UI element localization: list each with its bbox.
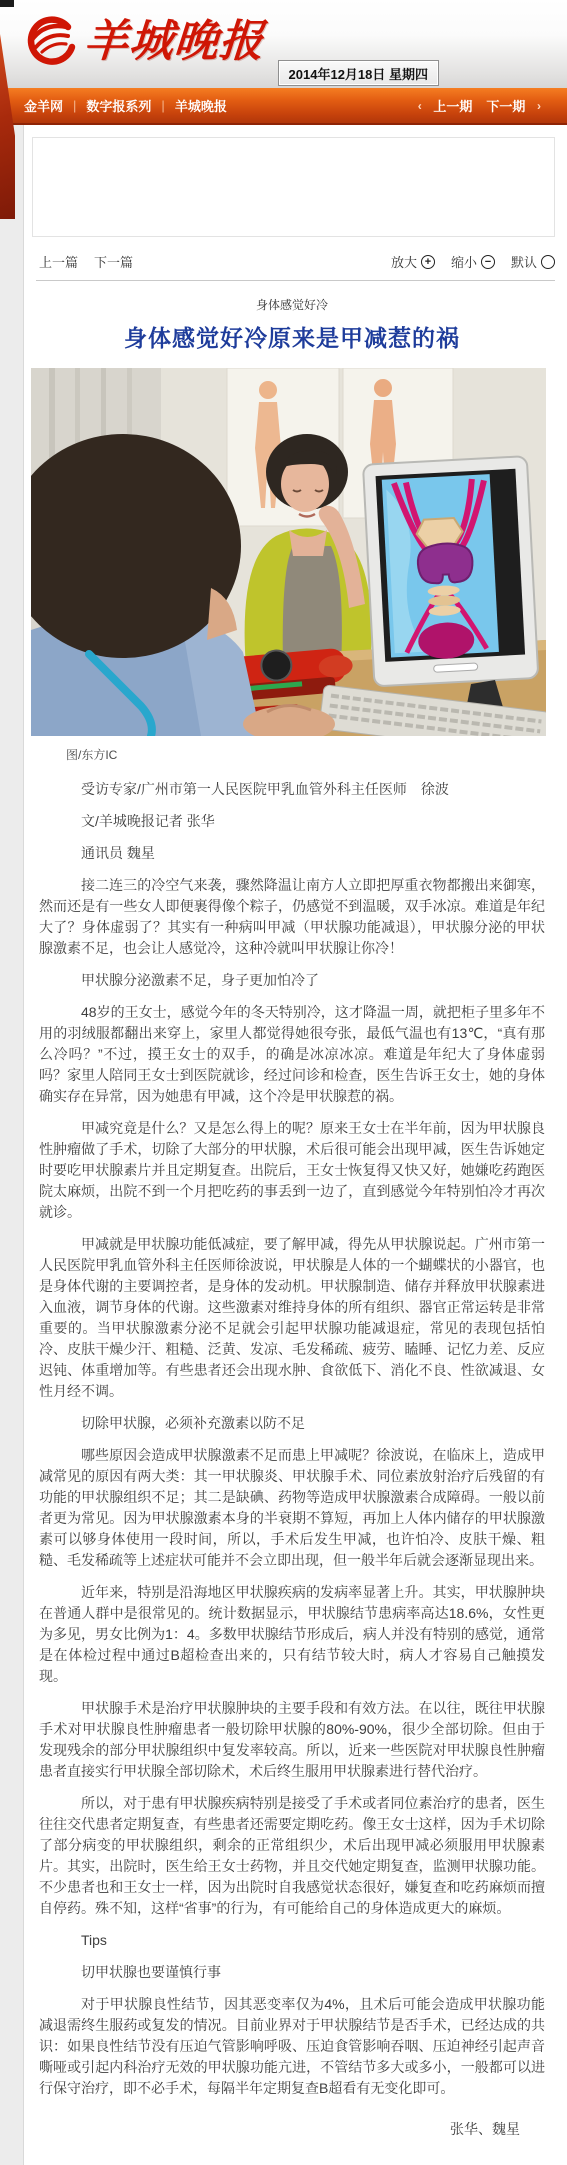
article-paragraph: 甲减就是甲状腺功能低减症，要了解甲减，得先从甲状腺说起。广州市第一人民医院甲乳血… — [39, 1234, 545, 1402]
ad-placeholder — [32, 137, 555, 237]
logo-text: 羊城晚报 — [82, 14, 266, 70]
article-paragraph: 甲状腺手术是治疗甲状腺肿块的主要手段和有效方法。在以往，既往甲状腺手术对甲状腺良… — [39, 1698, 545, 1782]
article-paragraph: 接二连三的冷空气来袭，骤然降温让南方人立即把厚重衣物都搬出来御寒，然而还是有一些… — [39, 875, 545, 959]
article-pager: 上一篇 下一篇 — [39, 252, 133, 271]
article-meta-author: 文/羊城晚报记者 张华 — [39, 811, 545, 832]
nav-link-yangcheng-evening-news[interactable]: 羊城晚报 — [175, 96, 227, 115]
masthead: 羊城晚报 2014年12月18日 星期四 — [0, 0, 567, 88]
article-paragraph: 甲减究竟是什么？又是怎么得上的呢？原来王女士在半年前，因为甲状腺良性肿瘤做了手术… — [39, 1118, 545, 1223]
article-paragraph: 对于甲状腺良性结节，因其恶变率仅为4%，且术后可能会造成甲状腺功能减退需终生服药… — [39, 1994, 545, 2099]
article-kicker: 身体感觉好冷 — [39, 296, 545, 313]
issue-date: 2014年12月18日 星期四 — [278, 60, 439, 86]
left-arrow-icon: ‹ — [418, 99, 422, 113]
zoom-out-icon: − — [481, 255, 495, 269]
issue-pager: ‹ 上一期 下一期 › — [418, 96, 541, 115]
newspaper-logo[interactable]: 羊城晚报 — [22, 14, 264, 70]
article-meta-correspondent: 通讯员 魏星 — [39, 843, 545, 864]
article-toolbar: 上一篇 下一篇 放大 + 缩小 − 默认 — [24, 237, 567, 280]
top-navigation: 金羊网 | 数字报系列 | 羊城晚报 ‹ 上一期 下一期 › — [0, 88, 567, 125]
zoom-in-button[interactable]: 放大 + — [391, 252, 435, 271]
prev-article-link[interactable]: 上一篇 — [39, 252, 78, 271]
article-subheading: 切甲状腺也要谨慎行事 — [39, 1962, 545, 1983]
article-title: 身体感觉好冷原来是甲减惹的祸 — [39, 320, 545, 353]
article-paragraph: 哪些原因会造成甲状腺激素不足而患上甲减呢？徐波说，在临床上，造成甲减常见的原因有… — [39, 1445, 545, 1571]
article-subheading: 甲状腺分泌激素不足，身子更加怕冷了 — [39, 970, 545, 991]
article: 身体感觉好冷 身体感觉好冷原来是甲减惹的祸 — [24, 296, 567, 2139]
nav-separator: | — [73, 98, 76, 113]
page: 羊城晚报 2014年12月18日 星期四 金羊网 | 数字报系列 | 羊城晚报 … — [0, 0, 567, 2165]
next-issue-link[interactable]: 下一期 › — [486, 96, 541, 115]
nav-links: 金羊网 | 数字报系列 | 羊城晚报 — [24, 96, 227, 115]
article-subheading: 切除甲状腺，必须补充激素以防不足 — [39, 1413, 545, 1434]
zoom-out-button[interactable]: 缩小 − — [451, 252, 495, 271]
default-size-button[interactable]: 默认 — [511, 252, 555, 271]
toolbar-divider — [36, 280, 555, 281]
article-paragraph: 所以，对于患有甲状腺疾病特别是接受了手术或者同位素治疗的患者，医生往往交代患者定… — [39, 1793, 545, 1919]
photo-caption: 图/东方IC — [66, 746, 545, 763]
next-article-link[interactable]: 下一篇 — [94, 252, 133, 271]
font-size-controls: 放大 + 缩小 − 默认 — [391, 252, 555, 271]
nav-link-digital-paper-series[interactable]: 数字报系列 — [86, 96, 151, 115]
default-size-icon — [541, 255, 555, 269]
article-paragraph: 近年来，特别是沿海地区甲状腺疾病的发病率显著上升。其实，甲状腺肿块在普通人群中是… — [39, 1582, 545, 1687]
nav-link-jinyang-net[interactable]: 金羊网 — [24, 96, 63, 115]
content-panel: 上一篇 下一篇 放大 + 缩小 − 默认 身体感觉好冷 — [23, 125, 567, 2165]
article-meta-expert: 受访专家/广州市第一人民医院甲乳血管外科主任医师 徐波 — [39, 779, 545, 800]
article-photo — [31, 368, 546, 736]
article-signature: 张华、魏星 — [39, 2119, 545, 2139]
article-paragraph: 48岁的王女士，感觉今年的冬天特别冷，这才降温一周，就把柜子里多年不用的羽绒服都… — [39, 1002, 545, 1107]
corner-notch — [0, 0, 14, 7]
zoom-in-icon: + — [421, 255, 435, 269]
prev-issue-link[interactable]: ‹ 上一期 — [418, 96, 473, 115]
article-subheading: Tips — [39, 1930, 545, 1951]
right-arrow-icon: › — [537, 99, 541, 113]
nav-separator: | — [161, 98, 164, 113]
ram-swoosh-logo-icon — [22, 14, 78, 70]
